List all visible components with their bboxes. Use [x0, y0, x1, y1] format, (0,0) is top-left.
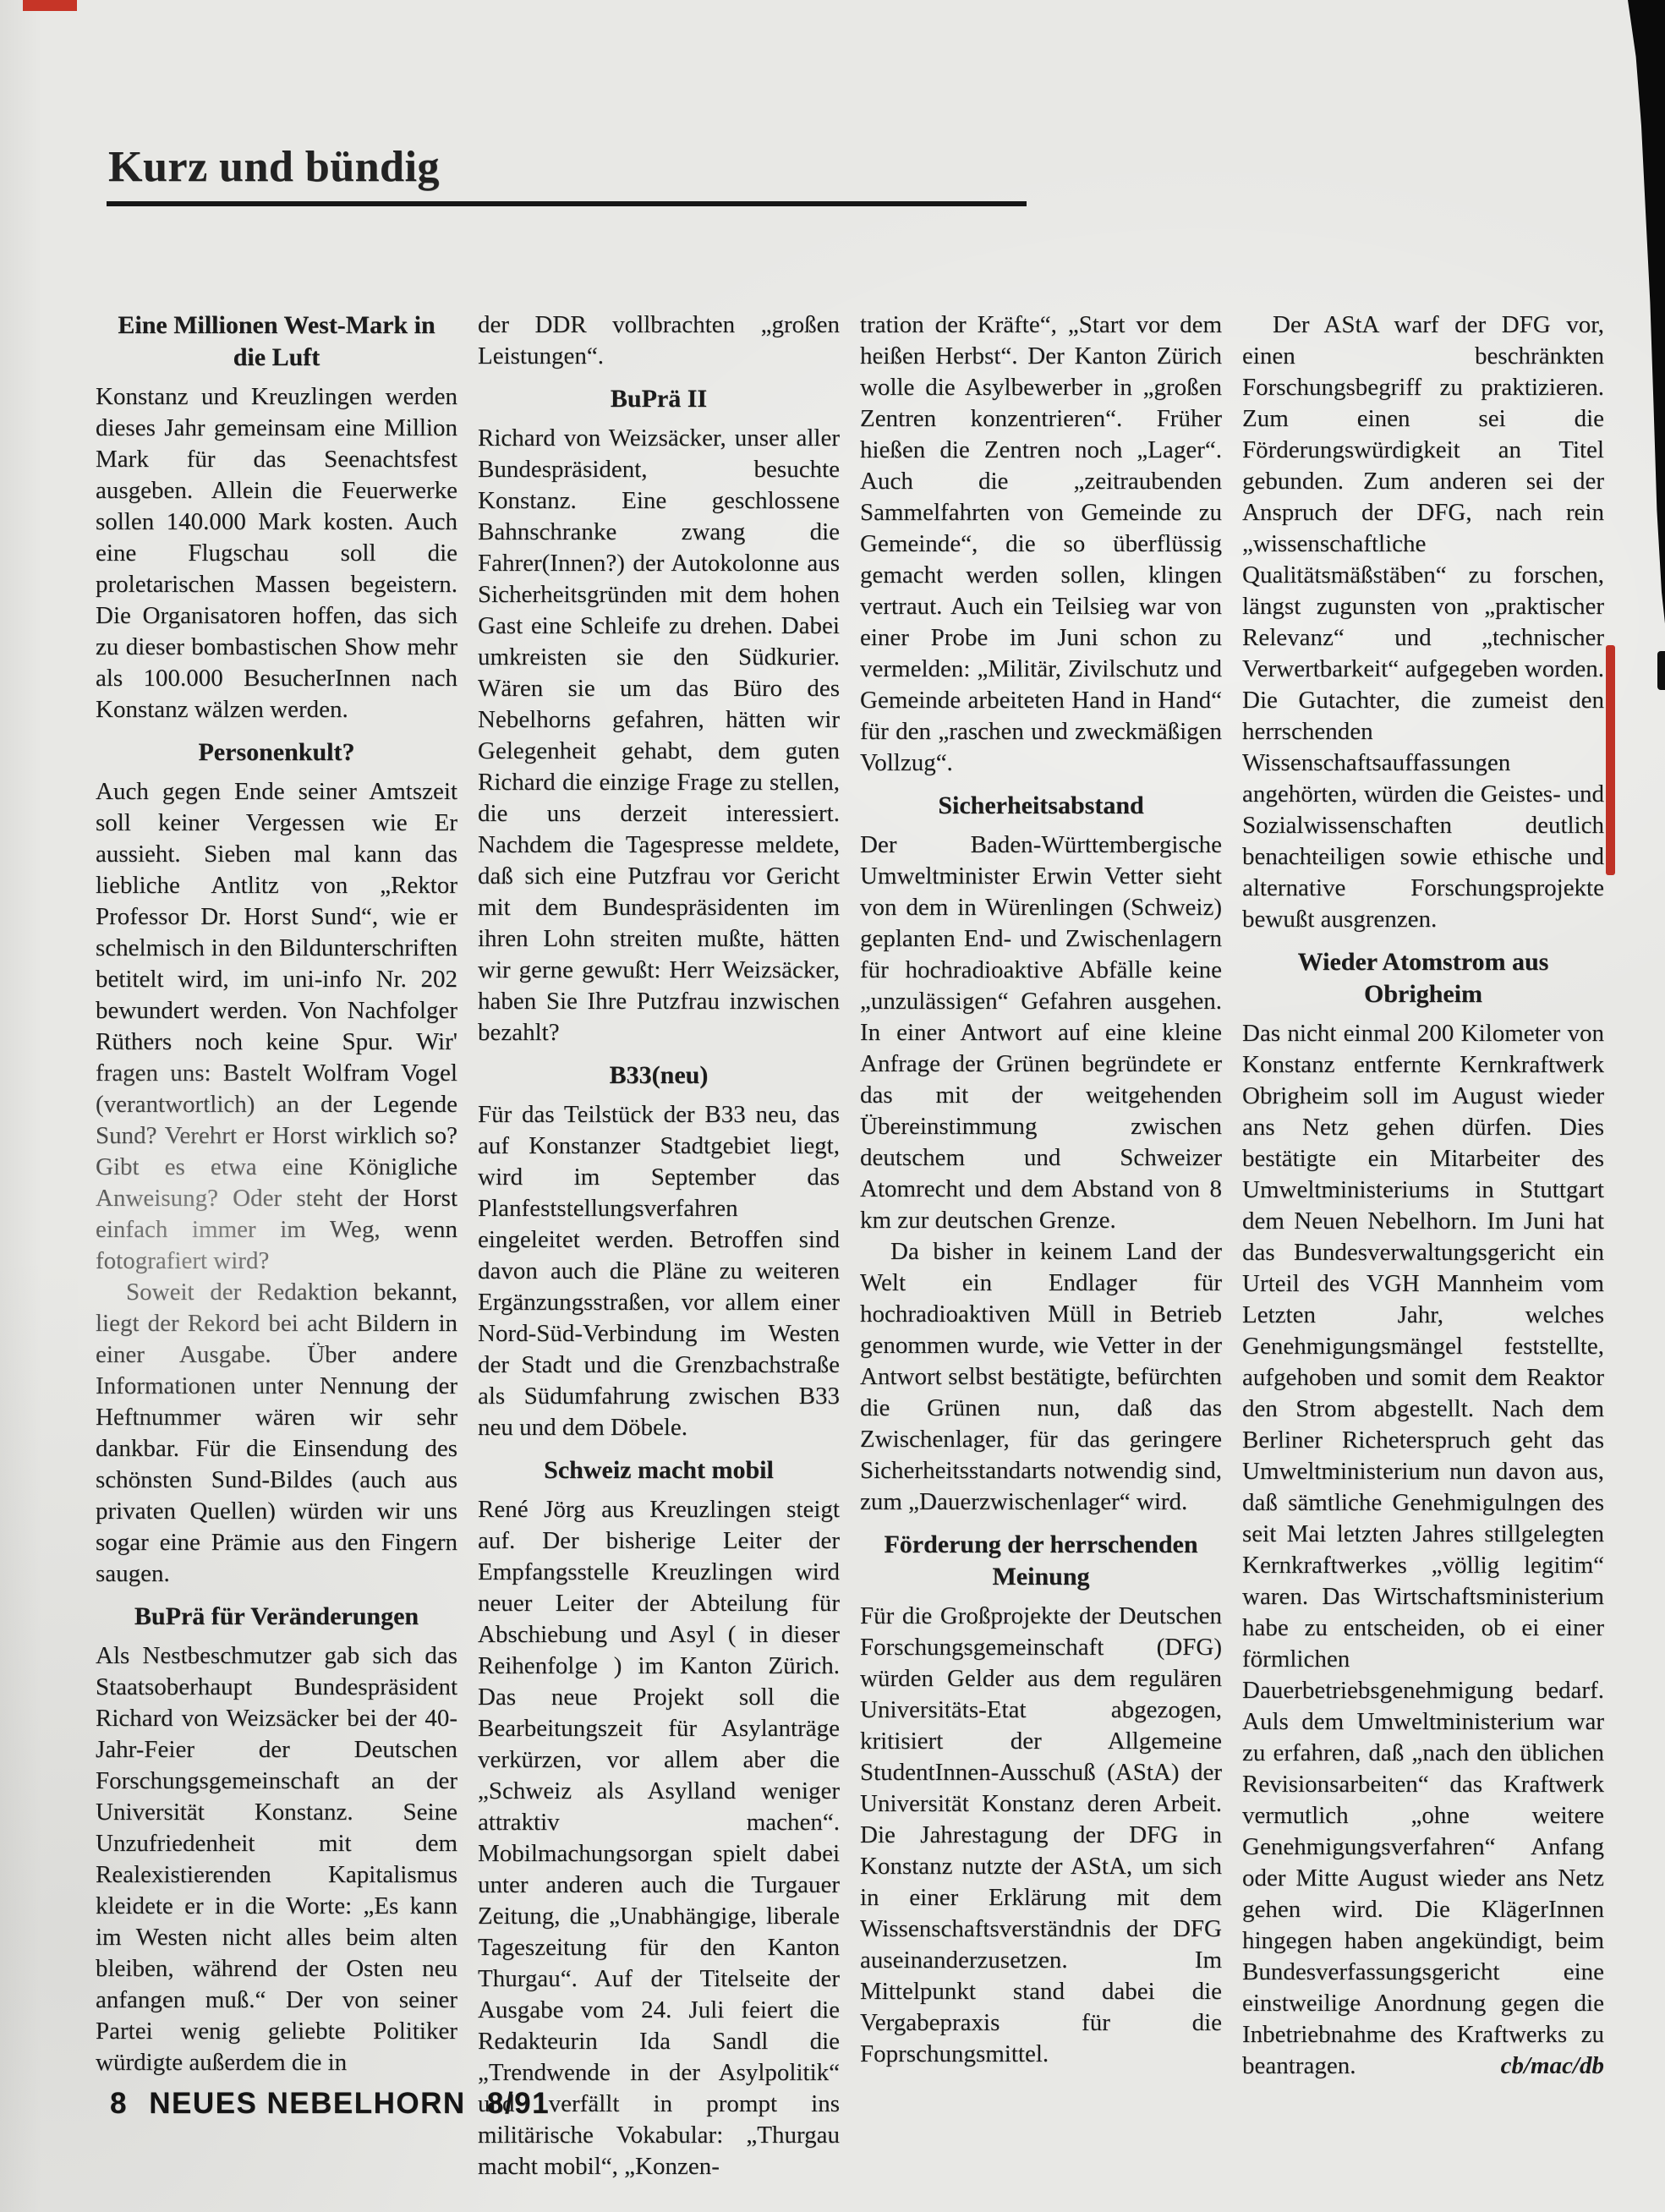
scan-tear-artifact [1597, 0, 1665, 630]
article-paragraph: Da bisher in keinem Land der Welt ein En… [860, 1236, 1222, 1518]
article-paragraph: Als Nestbeschmutzer gab sich das Staatso… [96, 1640, 457, 2078]
article-heading: B33(neu) [483, 1059, 835, 1092]
page-number: 8 [110, 2087, 128, 2120]
article-heading: Eine Millionen West-Mark in die Luft [101, 309, 452, 374]
article-heading: Sicherheitsabstand [865, 790, 1217, 822]
article-paragraph: Auch gegen Ende seiner Amtszeit soll kei… [96, 776, 457, 1277]
column-4: Der AStA warf der DFG vor, einen beschrä… [1242, 309, 1604, 2082]
scan-tear-tick [1657, 651, 1665, 690]
article-heading: BuPrä für Veränderungen [101, 1601, 452, 1633]
column-2: der DDR vollbrachten „großen Leistungen“… [478, 309, 840, 2182]
article-paragraph: Konstanz und Kreuzlingen werden dieses J… [96, 381, 457, 725]
article-heading: Personenkult? [101, 736, 452, 769]
article-heading: BuPrä II [483, 383, 835, 415]
scanned-newspaper-page: Kurz und bündig Eine Millionen West-Mark… [0, 0, 1665, 2212]
article-heading: Förderung der herrschenden Meinung [865, 1529, 1217, 1593]
article-paragraph: Richard von Weizsäcker, unser aller Bund… [478, 423, 840, 1049]
red-mark-right-edge [1606, 645, 1615, 875]
page-footer: 8 NEUES NEBELHORN 8/91 [110, 2087, 550, 2121]
title-rule [107, 201, 1027, 206]
article-paragraph: Das nicht einmal 200 Kilometer von Konst… [1242, 1018, 1604, 2082]
article-paragraph: Der AStA warf der DFG vor, einen beschrä… [1242, 309, 1604, 935]
issue-number: 8/91 [487, 2087, 550, 2120]
red-mark-top-left [23, 0, 77, 11]
article-paragraph: Für die Großprojekte der Deutschen Forsc… [860, 1601, 1222, 2070]
article-paragraph: tration der Kräfte“, „Start vor dem heiß… [860, 309, 1222, 779]
article-paragraph: Soweit der Redaktion bekannt, liegt der … [96, 1277, 457, 1590]
page-title: Kurz und bündig [108, 142, 440, 192]
publication-name: NEUES NEBELHORN [149, 2087, 465, 2120]
article-paragraph: René Jörg aus Kreuzlingen steigt auf. De… [478, 1494, 840, 2182]
article-paragraph: Der Baden-Württembergische Umweltministe… [860, 829, 1222, 1236]
article-paragraph: der DDR vollbrachten „großen Leistungen“… [478, 309, 840, 372]
article-heading: Schweiz macht mobil [483, 1454, 835, 1487]
column-1: Eine Millionen West-Mark in die LuftKons… [96, 309, 457, 2078]
article-columns: Eine Millionen West-Mark in die LuftKons… [96, 309, 1604, 2182]
article-heading: Wieder Atomstrom aus Obrigheim [1247, 946, 1599, 1010]
article-paragraph: Für das Teilstück der B33 neu, das auf K… [478, 1099, 840, 1443]
column-3: tration der Kräfte“, „Start vor dem heiß… [860, 309, 1222, 2070]
